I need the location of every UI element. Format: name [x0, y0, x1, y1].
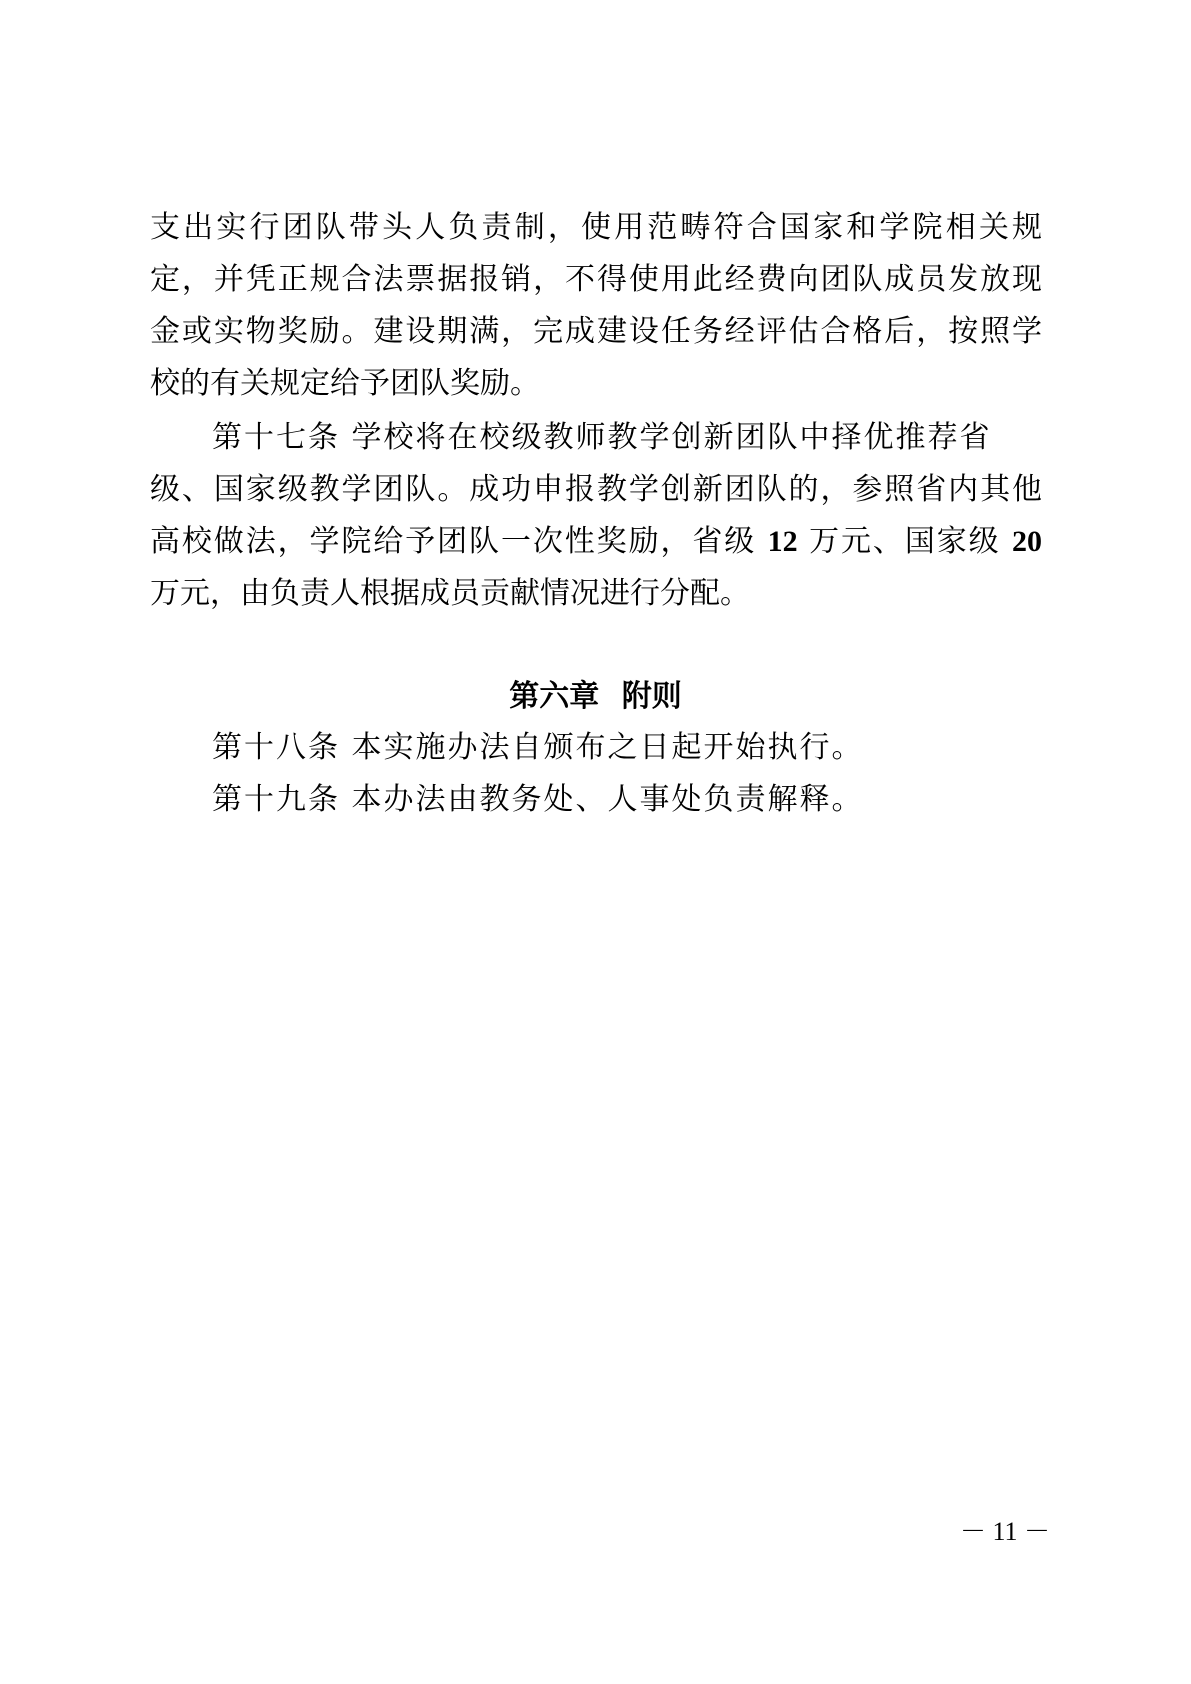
article-label: 第十八条: [212, 730, 340, 765]
paragraph-line: 校的有关规定给予团队奖励。: [150, 364, 1042, 404]
paragraph-line: 万元，由负责人根据成员贡献情况进行分配。: [150, 574, 1042, 614]
paragraph-line: 金或实物奖励。建设期满，完成建设任务经评估合格后，按照学: [150, 312, 1042, 352]
chapter-heading: 第六章 附则: [0, 677, 1191, 717]
article-text: 学校将在校级教师教学创新团队中择优推荐省: [352, 420, 992, 455]
article-17-first-line: 第十七条 学校将在校级教师教学创新团队中择优推荐省: [212, 418, 1042, 458]
article-18: 第十八条 本实施办法自颁布之日起开始执行。: [212, 728, 1042, 768]
amount-national: 20: [1012, 525, 1042, 558]
page-number: － 11 －: [960, 1516, 1050, 1548]
paragraph-line: 高校做法，学院给予团队一次性奖励，省级 12 万元、国家级 20: [150, 522, 1042, 562]
article-label: 第十七条: [212, 420, 340, 455]
article-text: 本实施办法自颁布之日起开始执行。: [352, 730, 864, 765]
article-label: 第十九条: [212, 782, 340, 817]
chapter-title: 附则: [622, 679, 682, 714]
text-segment: 万元、国家级: [809, 524, 1000, 559]
paragraph-line: 定，并凭正规合法票据报销，不得使用此经费向团队成员发放现: [150, 260, 1042, 300]
amount-provincial: 12: [768, 525, 798, 558]
article-19: 第十九条 本办法由教务处、人事处负责解释。: [212, 780, 1042, 820]
paragraph-line: 支出实行团队带头人负责制，使用范畴符合国家和学院相关规: [150, 208, 1042, 248]
article-text: 本办法由教务处、人事处负责解释。: [352, 782, 864, 817]
chapter-number: 第六章: [509, 679, 599, 714]
paragraph-line: 级、国家级教学团队。成功申报教学创新团队的，参照省内其他: [150, 470, 1042, 510]
text-segment: 高校做法，学院给予团队一次性奖励，省级: [150, 524, 756, 559]
